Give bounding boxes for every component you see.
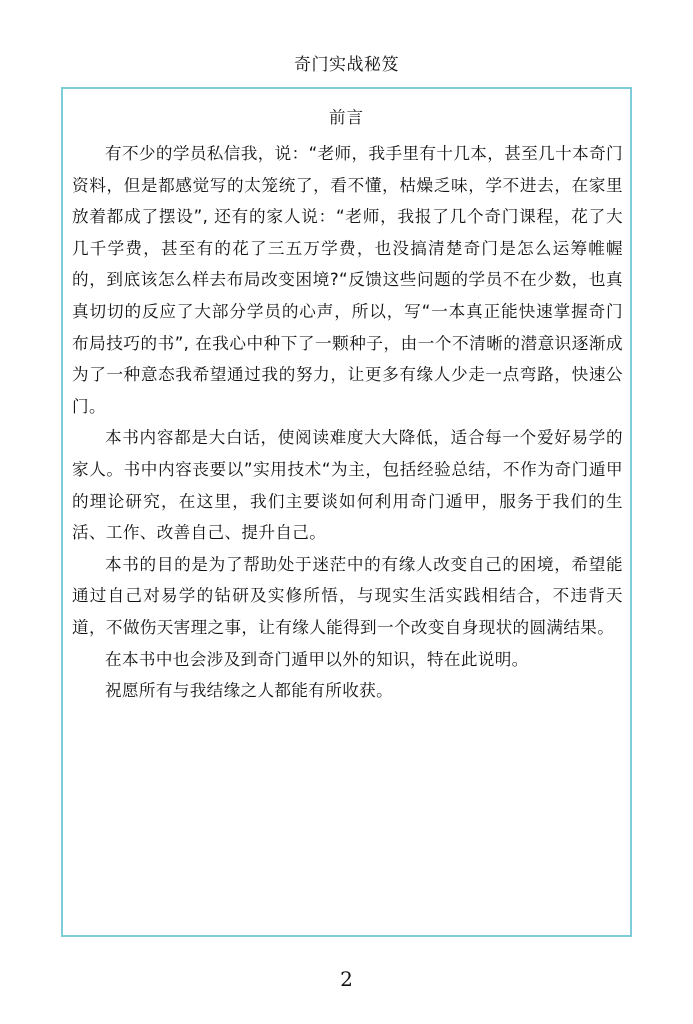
preface-body: 有不少的学员私信我，说：“老师，我手里有十几本，甚至几十本奇门资料，但是都感觉写…	[72, 138, 623, 707]
running-header: 奇门实战秘笈	[0, 53, 693, 77]
paragraph-3: 本书的目的是为了帮助处于迷茫中的有缘人改变自己的困境，希望能通过自己对易学的钻研…	[72, 549, 623, 644]
paragraph-5: 祝愿所有与我结缘之人都能有所收获。	[72, 675, 623, 707]
paragraph-4: 在本书中也会涉及到奇门遁甲以外的知识，特在此说明。	[72, 644, 623, 676]
page-number: 2	[0, 965, 693, 993]
content-frame: 前言 有不少的学员私信我，说：“老师，我手里有十几本，甚至几十本奇门资料，但是都…	[61, 87, 632, 937]
paragraph-2: 本书内容都是大白话，使阅读难度大大降低，适合每一个爱好易学的家人。书中内容丧要以…	[72, 422, 623, 548]
section-title: 前言	[63, 106, 630, 130]
paragraph-1: 有不少的学员私信我，说：“老师，我手里有十几本，甚至几十本奇门资料，但是都感觉写…	[72, 138, 623, 422]
